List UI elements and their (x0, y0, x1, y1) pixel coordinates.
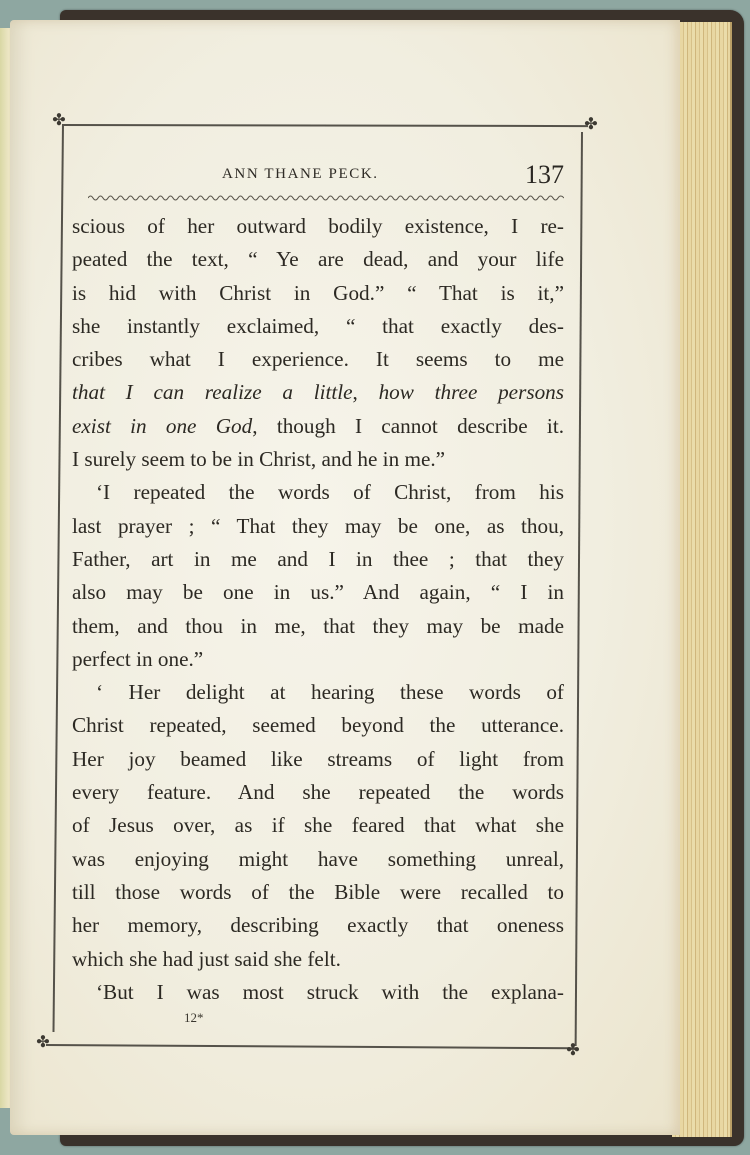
text-line: she instantly exclaimed, “ that exactly … (72, 310, 564, 343)
text-line: exist in one God, though I cannot descri… (72, 410, 564, 443)
text-line: that I can realize a little, how three p… (72, 376, 564, 409)
text-line: Christ repeated, seemed beyond the utter… (72, 709, 564, 742)
text-line: Her joy beamed like streams of light fro… (72, 743, 564, 776)
text-line: every feature. And she repeated the word… (72, 776, 564, 809)
signature-mark: 12* (184, 1010, 204, 1026)
paragraph-start-line: ‘I repeated the words of Christ, from hi… (72, 476, 564, 509)
page-block-edges (672, 22, 732, 1137)
frame-line-right (575, 132, 583, 1046)
text-fragment: , though I cannot describe it. (252, 414, 564, 438)
text-line: is hid with Christ in God.” “ That is it… (72, 277, 564, 310)
text-line: till those words of the Bible were recal… (72, 876, 564, 909)
text-line: which she had just said she felt. (72, 943, 564, 976)
text-line: also may be one in us.” And again, “ I i… (72, 576, 564, 609)
corner-ornament-icon: ✤ (564, 1042, 582, 1060)
italic-phrase: exist in one God (72, 414, 252, 438)
text-line: perfect in one.” (72, 643, 564, 676)
italic-phrase: how three persons (379, 380, 564, 404)
text-line: them, and thou in me, that they may be m… (72, 610, 564, 643)
corner-ornament-icon: ✤ (582, 116, 600, 134)
text-line: of Jesus over, as if she feared that wha… (72, 809, 564, 842)
running-head: ANN THANE PECK. 137 (74, 160, 566, 194)
paragraph-start-line: ‘But I was most struck with the explana- (72, 976, 564, 1009)
text-line: I surely seem to be in Christ, and he in… (72, 443, 564, 476)
wavy-rule (88, 194, 564, 202)
frame-line-top (62, 124, 588, 127)
text-line: her memory, describing exactly that onen… (72, 909, 564, 942)
text-line: was enjoying might have something unreal… (72, 843, 564, 876)
corner-ornament-icon: ✤ (34, 1034, 52, 1052)
corner-ornament-icon: ✤ (50, 112, 68, 130)
running-head-title: ANN THANE PECK. (222, 166, 379, 183)
text-fragment: , (353, 380, 379, 404)
text-line: cribes what I experience. It seems to me (72, 343, 564, 376)
text-line: Father, art in me and I in thee ; that t… (72, 543, 564, 576)
body-text: scious of her outward bodily existence, … (72, 210, 564, 1009)
text-line: scious of her outward bodily existence, … (72, 210, 564, 243)
paragraph-start-line: ‘ Her delight at hearing these words of (72, 676, 564, 709)
text-line: peated the text, “ Ye are dead, and your… (72, 243, 564, 276)
text-line: last prayer ; “ That they may be one, as… (72, 510, 564, 543)
page-number: 137 (525, 160, 564, 190)
italic-phrase: that I can realize a little (72, 380, 353, 404)
